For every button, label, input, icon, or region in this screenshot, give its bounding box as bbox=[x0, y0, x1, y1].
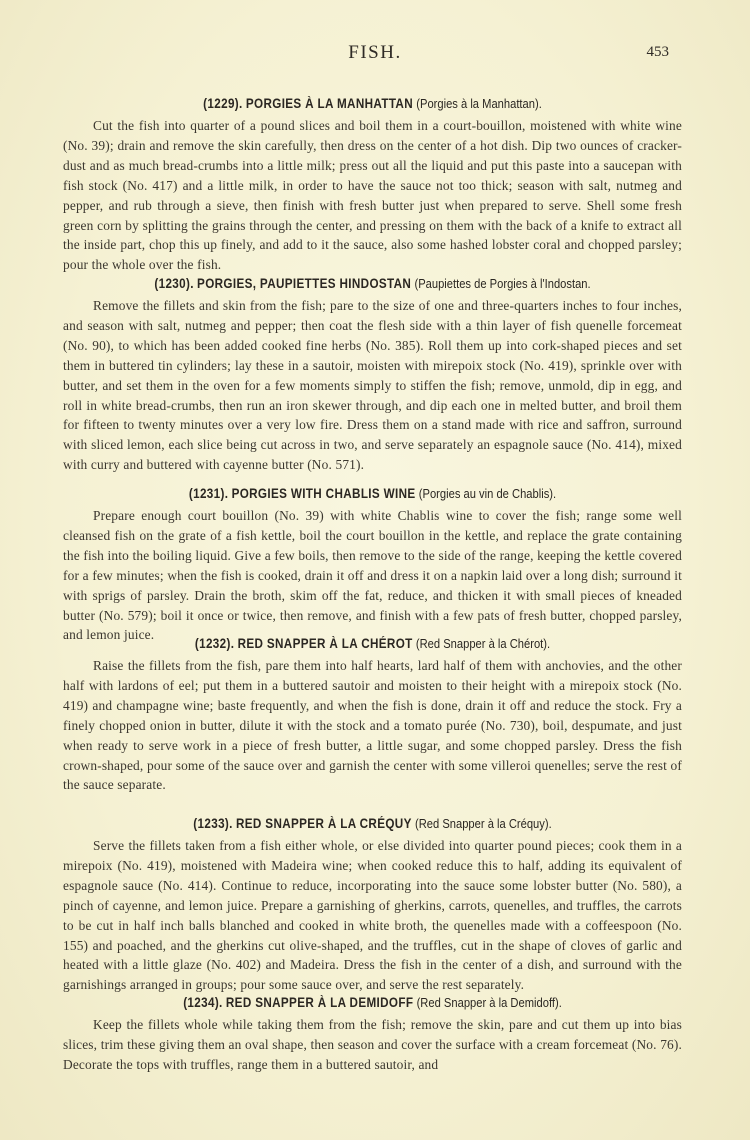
recipe-1231: (1231). PORGIES WITH CHABLIS WINE (Porgi… bbox=[63, 484, 682, 645]
recipe-text: Prepare enough court bouillon (No. 39) w… bbox=[63, 506, 682, 645]
recipe-number: (1233). bbox=[193, 816, 232, 831]
recipe-heading: (1232). RED SNAPPER À LA CHÉROT (Red Sna… bbox=[106, 634, 638, 654]
recipe-number: (1231). bbox=[189, 486, 228, 501]
recipe-title: RED SNAPPER À LA CHÉROT bbox=[238, 636, 413, 651]
recipe-1234: (1234). RED SNAPPER À LA DEMIDOFF (Red S… bbox=[63, 993, 682, 1075]
recipe-number: (1234). bbox=[183, 995, 222, 1010]
recipe-french-title: (Paupiettes de Porgies à l'Indostan. bbox=[414, 276, 590, 291]
recipe-title: PORGIES WITH CHABLIS WINE bbox=[232, 486, 416, 501]
recipe-french-title: (Porgies à la Manhattan). bbox=[416, 96, 542, 111]
recipe-title: PORGIES À LA MANHATTAN bbox=[246, 96, 413, 111]
recipe-number: (1229). bbox=[203, 96, 242, 111]
recipe-title: PORGIES, PAUPIETTES HINDOSTAN bbox=[197, 276, 411, 291]
running-head: FISH. 453 bbox=[0, 42, 750, 66]
recipe-text: Remove the fillets and skin from the fis… bbox=[63, 296, 682, 475]
recipe-title: RED SNAPPER À LA DEMIDOFF bbox=[226, 995, 413, 1010]
recipe-text: Keep the fillets whole while taking them… bbox=[63, 1015, 682, 1075]
recipe-number: (1232). bbox=[195, 636, 234, 651]
recipe-number: (1230). bbox=[154, 276, 193, 291]
recipe-heading: (1231). PORGIES WITH CHABLIS WINE (Porgi… bbox=[106, 484, 638, 504]
recipe-text: Serve the fillets taken from a fish eith… bbox=[63, 836, 682, 995]
recipe-text: Raise the fillets from the fish, pare th… bbox=[63, 656, 682, 795]
recipe-text: Cut the fish into quarter of a pound sli… bbox=[63, 116, 682, 275]
recipe-heading: (1234). RED SNAPPER À LA DEMIDOFF (Red S… bbox=[106, 993, 638, 1013]
book-page: FISH. 453 (1229). PORGIES À LA MANHATTAN… bbox=[0, 0, 750, 1140]
recipe-heading: (1233). RED SNAPPER À LA CRÉQUY (Red Sna… bbox=[106, 814, 638, 834]
recipe-french-title: (Red Snapper à la Demidoff). bbox=[417, 995, 562, 1010]
recipe-french-title: (Porgies au vin de Chablis). bbox=[419, 486, 556, 501]
recipe-1230: (1230). PORGIES, PAUPIETTES HINDOSTAN (P… bbox=[63, 274, 682, 475]
page-number: 453 bbox=[647, 44, 670, 61]
recipe-heading: (1229). PORGIES À LA MANHATTAN (Porgies … bbox=[106, 94, 638, 114]
recipe-heading: (1230). PORGIES, PAUPIETTES HINDOSTAN (P… bbox=[106, 274, 638, 294]
recipe-french-title: (Red Snapper à la Créquy). bbox=[415, 816, 552, 831]
recipe-1232: (1232). RED SNAPPER À LA CHÉROT (Red Sna… bbox=[63, 634, 682, 795]
recipe-title: RED SNAPPER À LA CRÉQUY bbox=[236, 816, 412, 831]
recipe-1229: (1229). PORGIES À LA MANHATTAN (Porgies … bbox=[63, 94, 682, 275]
recipe-1233: (1233). RED SNAPPER À LA CRÉQUY (Red Sna… bbox=[63, 814, 682, 995]
running-title: FISH. bbox=[0, 42, 750, 64]
recipe-french-title: (Red Snapper à la Chérot). bbox=[416, 636, 550, 651]
